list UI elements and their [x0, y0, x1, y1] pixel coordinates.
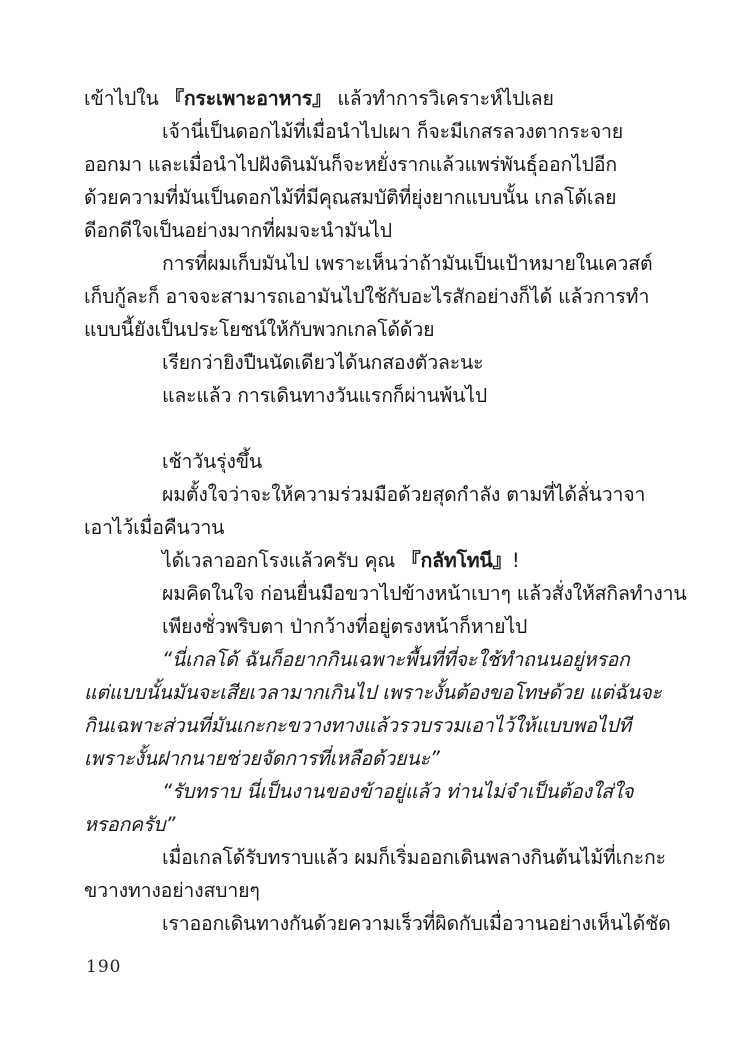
text-line: ผมคิดในใจ ก่อนยื่นมือขวาไปข้างหน้าเบาๆ แ…: [84, 577, 652, 610]
text-line: เอาไว้เมื่อคืนวาน: [84, 511, 652, 544]
text-span: เข้าไปใน: [84, 87, 165, 110]
text-line: เราออกเดินทางกันด้วยความเร็วที่ผิดกับเมื…: [84, 907, 652, 940]
text-line: เข้าไปใน 『กระเพาะอาหาร』 แล้วทำการวิเคราะ…: [84, 82, 652, 115]
page-number: 190: [86, 957, 121, 977]
text-line: เพียงชั่วพริบตา ป่ากว้างที่อยู่ตรงหน้าก็…: [84, 610, 652, 643]
text-line: ออกมา และเมื่อนำไปฝังดินมันก็จะหยั่งรากแ…: [84, 148, 652, 181]
dialogue-line: เพราะงั้นฝากนายช่วยจัดการที่เหลือด้วยนะ”: [84, 742, 652, 775]
text-line: เมื่อเกลโด้รับทราบแล้ว ผมก็เริ่มออกเดินพ…: [84, 841, 652, 874]
blank-line: [84, 412, 652, 445]
document-page: เข้าไปใน 『กระเพาะอาหาร』 แล้วทำการวิเคราะ…: [84, 82, 652, 940]
text-span: แล้วทำการวิเคราะห์ไปเลย: [331, 87, 553, 110]
text-span: !: [512, 549, 520, 572]
dialogue-line: กินเฉพาะส่วนที่มันเกะกะขวางทางแล้วรวบรวม…: [84, 709, 652, 742]
text-line: เก็บกู้ละก็ อาจจะสามารถเอามันไปใช้กับอะไ…: [84, 280, 652, 313]
dialogue-line: แต่แบบนั้นมันจะเสียเวลามากเกินไป เพราะงั…: [84, 676, 652, 709]
text-line: ดีอกดีใจเป็นอย่างมากที่ผมจะนำมันไป: [84, 214, 652, 247]
bold-term: 『กลัทโทนี』: [401, 549, 512, 572]
text-line: และแล้ว การเดินทางวันแรกก็ผ่านพ้นไป: [84, 379, 652, 412]
text-line: ได้เวลาออกโรงแล้วครับ คุณ 『กลัทโทนี』!: [84, 544, 652, 577]
text-line: ด้วยความที่มันเป็นดอกไม้ที่มีคุณสมบัติที…: [84, 181, 652, 214]
dialogue-line: “นี่เกลโด้ ฉันก็อยากกินเฉพาะพื้นที่ที่จะ…: [84, 643, 652, 676]
text-line: แบบนี้ยังเป็นประโยชน์ให้กับพวกเกลโด้ด้วย: [84, 313, 652, 346]
text-line: ผมตั้งใจว่าจะให้ความร่วมมือด้วยสุดกำลัง …: [84, 478, 652, 511]
dialogue-line: หรอกครับ”: [84, 808, 652, 841]
bold-term: 『กระเพาะอาหาร』: [165, 87, 332, 110]
text-line: การที่ผมเก็บมันไป เพราะเห็นว่าถ้ามันเป็น…: [84, 247, 652, 280]
text-line: ขวางทางอย่างสบายๆ: [84, 874, 652, 907]
text-span: ได้เวลาออกโรงแล้วครับ คุณ: [162, 549, 401, 572]
text-line: เรียกว่ายิงปืนนัดเดียวได้นกสองตัวละนะ: [84, 346, 652, 379]
dialogue-line: “รับทราบ นี่เป็นงานของข้าอยู่แล้ว ท่านไม…: [84, 775, 652, 808]
text-line: เช้าวันรุ่งขึ้น: [84, 445, 652, 478]
text-line: เจ้านี่เป็นดอกไม้ที่เมื่อนำไปเผา ก็จะมีเ…: [84, 115, 652, 148]
